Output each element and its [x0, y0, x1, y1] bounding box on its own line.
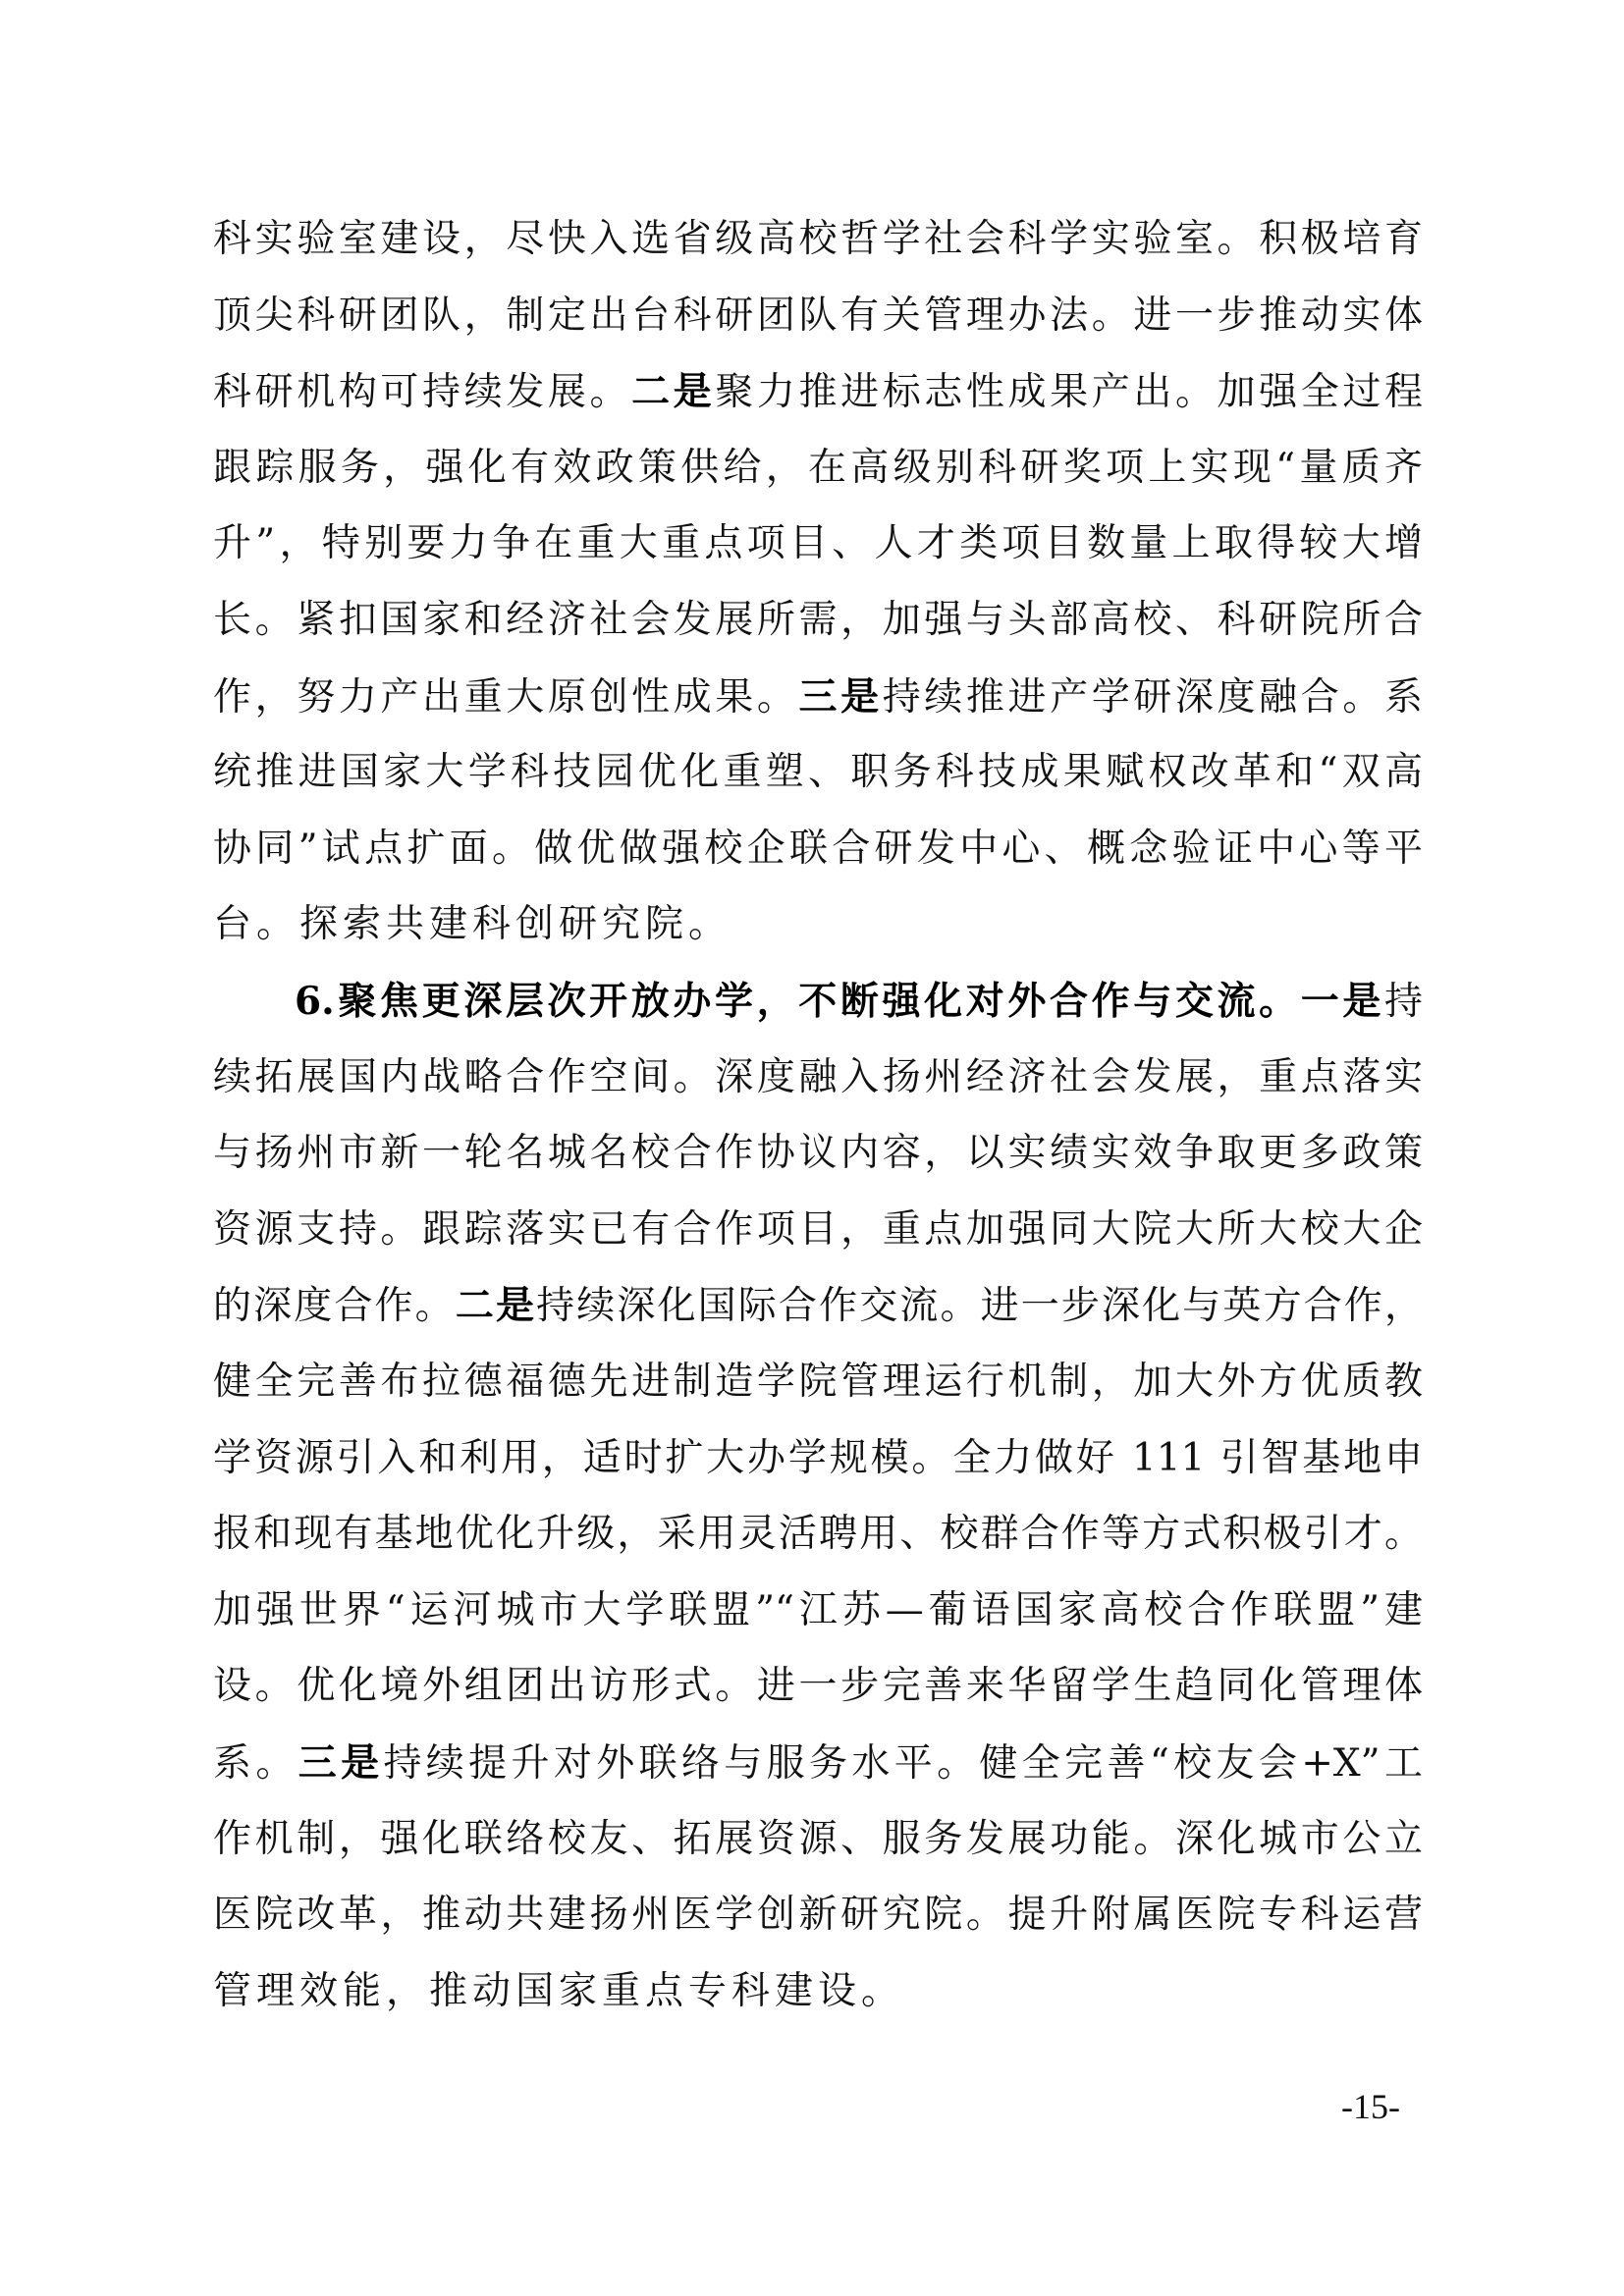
- page-number: -15-: [1341, 2087, 1400, 2126]
- text-line: 系。三是持续提升对外联络与服务水平。健全完善“校友会+X”工: [213, 1741, 1423, 1785]
- text-run: 资源支持。跟踪落实已有合作项目，重点加强同大院大所大校大企: [213, 1207, 1423, 1252]
- bold-text: 三是: [298, 1740, 384, 1786]
- text-line: 长。紧扣国家和经济社会发展所需，加强与头部高校、科研院所合: [213, 599, 1423, 642]
- text-line: 报和现有基地优化升级，采用灵活聘用、校群合作等方式积极引才。: [213, 1513, 1423, 1556]
- text-run: 学资源引入和利用，适时扩大办学规模。全力做好 111 引智基地申: [213, 1436, 1423, 1480]
- text-run: 医院改革，推动共建扬州医学创新研究院。提升附属医院专科运营: [213, 1893, 1423, 1937]
- text-run: 作机制，强化联络校友、拓展资源、服务发展功能。深化城市公立: [213, 1817, 1423, 1861]
- text-run: 顶尖科研团队，制定出台科研团队有关管理办法。进一步推动实体: [213, 294, 1423, 338]
- text-run: 设。优化境外组团出访形式。进一步完善来华留学生趋同化管理体: [213, 1664, 1423, 1708]
- text-line: 台。探索共建科创研究院。: [213, 903, 1423, 946]
- text-run: 升”，特别要力争在重大重点项目、人才类项目数量上取得较大增: [213, 521, 1423, 565]
- bold-text: 二是: [631, 369, 715, 414]
- text-run: 与扬州市新一轮名城名校合作协议内容，以实绩实效争取更多政策: [213, 1131, 1423, 1175]
- text-line: 跟踪服务，强化有效政策供给，在高级别科研奖项上实现“量质齐: [213, 447, 1423, 490]
- text-run: 作，努力产出重大原创性成果。: [213, 675, 798, 720]
- text-run: 长。紧扣国家和经济社会发展所需，加强与头部高校、科研院所合: [213, 598, 1423, 642]
- text-run: 管理效能，推动国家重点专科建设。: [213, 1969, 904, 2013]
- text-line: 升”，特别要力争在重大重点项目、人才类项目数量上取得较大增: [213, 522, 1423, 565]
- text-line: 作，努力产出重大原创性成果。三是持续推进产学研深度融合。系: [213, 675, 1423, 719]
- text-run: 系。: [213, 1741, 298, 1786]
- text-run: 科研机构可持续发展。: [213, 370, 631, 414]
- text-line: 科研机构可持续发展。二是聚力推进标志性成果产出。加强全过程: [213, 370, 1423, 413]
- text-run: 加强世界“运河城市大学联盟”“江苏—葡语国家高校合作联盟”建: [213, 1588, 1423, 1632]
- text-run: 持: [1384, 980, 1423, 1024]
- bold-text: 6.聚焦更深层次开放办学，不断强化对外合作与交流。: [295, 979, 1301, 1024]
- text-line: 管理效能，推动国家重点专科建设。: [213, 1970, 1423, 2013]
- bold-text: 二是: [456, 1283, 536, 1328]
- document-page: 科实验室建设，尽快入选省级高校哲学社会科学实验室。积极培育顶尖科研团队，制定出台…: [0, 0, 1624, 2296]
- text-run: 健全完善布拉德福德先进制造学院管理运行机制，加大外方优质教: [213, 1360, 1423, 1404]
- text-line: 续拓展国内战略合作空间。深度融入扬州经济社会发展，重点落实: [213, 1056, 1423, 1099]
- text-line: 与扬州市新一轮名城名校合作协议内容，以实绩实效争取更多政策: [213, 1132, 1423, 1175]
- text-run: 统推进国家大学科技园优化重塑、职务科技成果赋权改革和“双高: [213, 750, 1423, 794]
- text-line: 学资源引入和利用，适时扩大办学规模。全力做好 111 引智基地申: [213, 1437, 1423, 1480]
- bold-text: 三是: [798, 674, 882, 720]
- section-heading-line: 6.聚焦更深层次开放办学，不断强化对外合作与交流。一是持: [295, 980, 1423, 1023]
- text-run: 跟踪服务，强化有效政策供给，在高级别科研奖项上实现“量质齐: [213, 446, 1423, 490]
- text-line: 健全完善布拉德福德先进制造学院管理运行机制，加大外方优质教: [213, 1361, 1423, 1404]
- bold-text: 一是: [1301, 979, 1384, 1024]
- text-line: 顶尖科研团队，制定出台科研团队有关管理办法。进一步推动实体: [213, 294, 1423, 338]
- text-run: 报和现有基地优化升级，采用灵活聘用、校群合作等方式积极引才。: [213, 1512, 1423, 1556]
- text-line: 医院改革，推动共建扬州医学创新研究院。提升附属医院专科运营: [213, 1894, 1423, 1937]
- text-line: 科实验室建设，尽快入选省级高校哲学社会科学实验室。积极培育: [213, 218, 1423, 261]
- text-line: 作机制，强化联络校友、拓展资源、服务发展功能。深化城市公立: [213, 1818, 1423, 1861]
- text-line: 资源支持。跟踪落实已有合作项目，重点加强同大院大所大校大企: [213, 1208, 1423, 1252]
- text-run: 协同”试点扩面。做优做强校企联合研发中心、概念验证中心等平: [213, 827, 1423, 871]
- text-run: 续拓展国内战略合作空间。深度融入扬州经济社会发展，重点落实: [213, 1055, 1423, 1099]
- text-run: 持续提升对外联络与服务水平。健全完善“校友会+X”工: [383, 1741, 1423, 1786]
- text-run: 持续深化国际合作交流。进一步深化与英方合作，: [536, 1284, 1423, 1328]
- text-run: 台。探索共建科创研究院。: [213, 902, 731, 946]
- text-run: 的深度合作。: [213, 1284, 456, 1328]
- text-run: 聚力推进标志性成果产出。加强全过程: [715, 370, 1423, 414]
- text-line: 的深度合作。二是持续深化国际合作交流。进一步深化与英方合作，: [213, 1284, 1423, 1327]
- text-run: 科实验室建设，尽快入选省级高校哲学社会科学实验室。积极培育: [213, 217, 1423, 261]
- text-line: 协同”试点扩面。做优做强校企联合研发中心、概念验证中心等平: [213, 828, 1423, 871]
- text-line: 统推进国家大学科技园优化重塑、职务科技成果赋权改革和“双高: [213, 751, 1423, 794]
- text-line: 设。优化境外组团出访形式。进一步完善来华留学生趋同化管理体: [213, 1665, 1423, 1708]
- text-line: 加强世界“运河城市大学联盟”“江苏—葡语国家高校合作联盟”建: [213, 1589, 1423, 1632]
- text-run: 持续推进产学研深度融合。系: [883, 675, 1423, 720]
